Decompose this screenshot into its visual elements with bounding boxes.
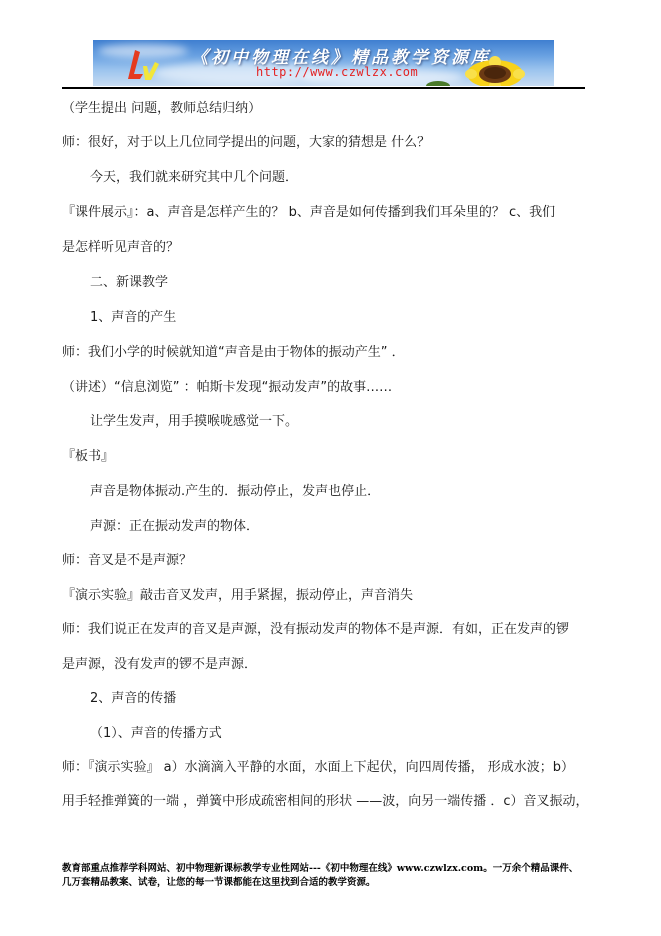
header-divider — [62, 87, 585, 89]
text-line: 声音是物体振动.产生的．振动停止，发声也停止． — [90, 484, 380, 500]
subsection-heading: 1、声音的产生 — [90, 310, 176, 326]
text-line: （讲述）“信息浏览” ：帕斯卡发现“振动发声”的故事…… — [62, 380, 392, 396]
subsection-heading: 2、声音的传播 — [90, 691, 176, 707]
site-logo-icon — [123, 48, 163, 82]
text-line: 『演示实验』敲击音叉发声，用手紧握，振动停止，声音消失 — [62, 588, 413, 604]
text-line: 师：音叉是不是声源？ — [62, 553, 192, 569]
text-line: 『课件展示』：a、声音是怎样产生的？ b、声音是如何传播到我们耳朵里的？ c、我… — [62, 205, 555, 221]
banner-url: http://www.czwlzx.com — [256, 65, 418, 79]
text-line: 师：『演示实验』 a）水滴滴入平静的水面，水面上下起伏，向四周传播， 形成水波；… — [62, 760, 574, 776]
text-line: 是怎样听见声音的？ — [62, 240, 179, 256]
leaf-decoration-icon — [418, 78, 458, 86]
text-line: 用手轻推弹簧的一端 ，弹簧中形成疏密相间的形状 ——波，向另一端传播 ．c）音叉… — [62, 794, 589, 810]
sunflower-icon — [465, 54, 525, 86]
text-line: 师：我们说正在发声的音叉是声源，没有振动发声的物体不是声源．有如，正在发声的锣 — [62, 622, 569, 638]
text-line: 是声源，没有发声的锣不是声源． — [62, 657, 257, 673]
section-heading: 二、新课教学 — [90, 275, 168, 291]
text-line: 师：很好，对于以上几位同学提出的问题，大家的猜想是 什么？ — [62, 135, 430, 151]
text-line: 师：我们小学的时候就知道“声音是由于物体的振动产生” ． — [62, 345, 405, 361]
text-line: 『板书』 — [62, 449, 114, 465]
text-line: 让学生发声，用手摸喉咙感觉一下。 — [90, 414, 298, 430]
text-line: 今天，我们就来研究其中几个问题． — [90, 170, 298, 186]
footer-line-1: 教育部重点推荐学科网站、初中物理新课标教学专业性网站---《初中物理在线》www… — [62, 862, 578, 875]
header-banner: 《初中物理在线》精品教学资源库 http://www.czwlzx.com — [93, 40, 554, 86]
text-line: （学生提出 问题，教师总结归纳） — [62, 101, 261, 117]
subsection-heading: （1）、声音的传播方式 — [90, 726, 222, 742]
text-line: 声源：正在振动发声的物体． — [90, 519, 259, 535]
footer-line-2: 几万套精品教案、试卷，让您的每一节课都能在这里找到合适的教学资源。 — [62, 876, 376, 889]
